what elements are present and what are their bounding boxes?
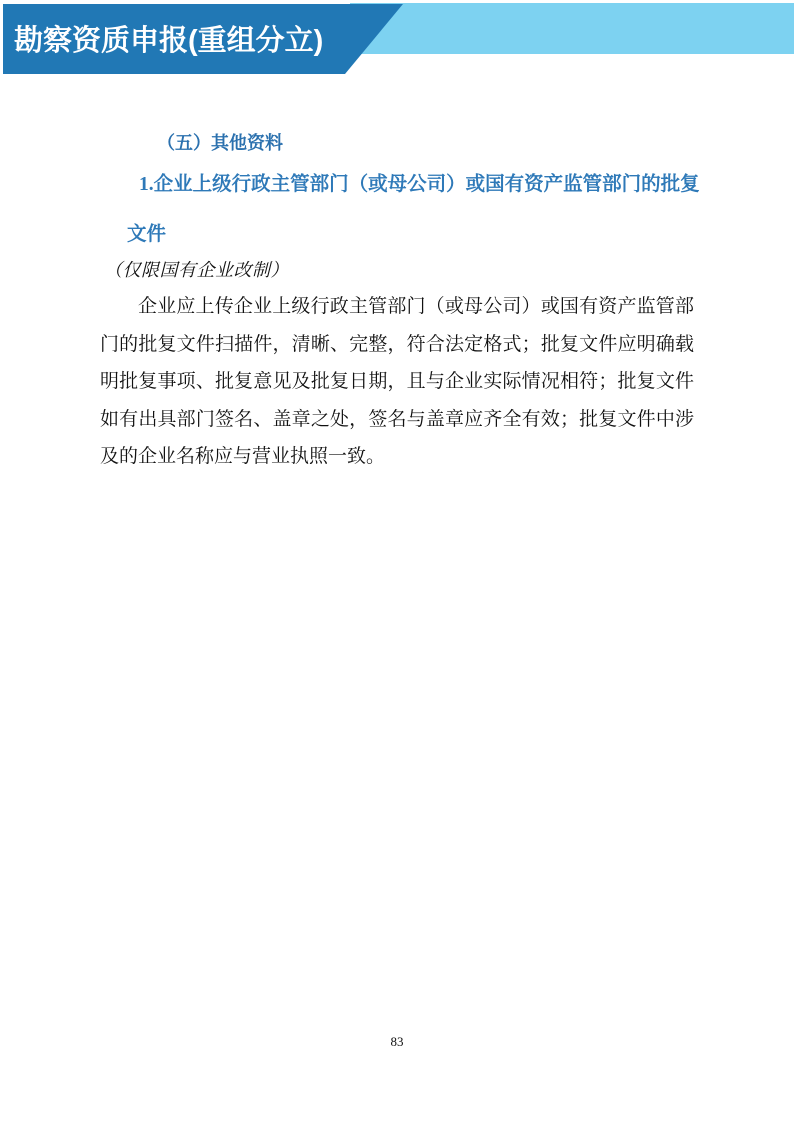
item-heading-line-1: 1.企业上级行政主管部门（或母公司）或国有资产监管部门的批复 xyxy=(127,160,707,210)
item-heading: 1.企业上级行政主管部门（或母公司）或国有资产监管部门的批复 文件 xyxy=(127,160,707,260)
paragraph-line: 门的批复文件扫描件，清晰、完整，符合法定格式；批复文件应明确载 xyxy=(100,326,694,364)
page-number: 83 xyxy=(0,1034,794,1050)
paragraph-line: 及的企业名称应与营业执照一致。 xyxy=(100,438,694,476)
paragraph-line: 如有出具部门签名、盖章之处，签名与盖章应齐全有效；批复文件中涉 xyxy=(100,401,694,439)
item-heading-line-2: 文件 xyxy=(127,210,707,260)
paragraph-line: 企业应上传企业上级行政主管部门（或母公司）或国有资产监管部 xyxy=(100,288,694,326)
body-paragraph: 企业应上传企业上级行政主管部门（或母公司）或国有资产监管部 门的批复文件扫描件，… xyxy=(100,288,694,476)
paragraph-line: 明批复事项、批复意见及批复日期，且与企业实际情况相符；批复文件 xyxy=(100,363,694,401)
header-banner: 勘察资质申报(重组分立) xyxy=(3,4,403,74)
document-page: 勘察资质申报(重组分立) （五）其他资料 1.企业上级行政主管部门（或母公司）或… xyxy=(0,0,794,1123)
section-heading: （五）其他资料 xyxy=(157,131,283,155)
scope-note: （仅限国有企业改制） xyxy=(104,259,289,281)
header-banner-light-band xyxy=(350,3,794,54)
header-title: 勘察资质申报(重组分立) xyxy=(3,4,403,78)
